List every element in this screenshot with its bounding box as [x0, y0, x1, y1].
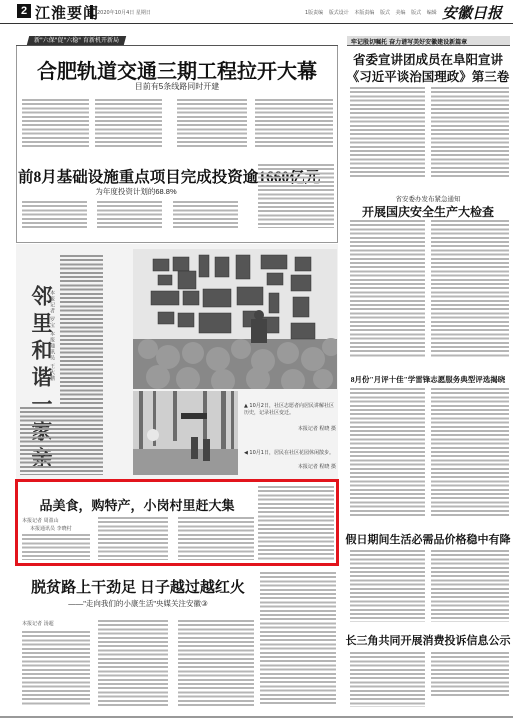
feature-text-column: [60, 255, 103, 405]
article-text-column: [350, 652, 425, 707]
headline-infrastructure: 前8月基础设施重点项目完成投资逾1660亿元: [18, 165, 254, 187]
headline-poverty: 脱贫路上干劲足 日子越过越红火: [20, 576, 256, 597]
article-text-column: [350, 220, 425, 357]
article-text-column: [98, 620, 168, 706]
page-number: 2: [17, 4, 31, 18]
photo1-credit: 本报记者 程晓 摄: [244, 426, 336, 433]
masthead: 2 江淮要闻 2020年10月4日 星期日 1版责编 版式设计 本版责编 版式 …: [0, 0, 513, 24]
article-text-column: [95, 99, 162, 149]
subheadline-poverty: ——"走向我们的小康生活"央媒关注安徽③: [20, 598, 256, 609]
park-photo-illustration: [133, 391, 238, 475]
article-text-column: [350, 388, 425, 516]
market-byline-1: 本报记者 周盈山: [22, 517, 59, 525]
article-text-column: [431, 652, 509, 697]
article-text-column: [350, 87, 425, 177]
article-text-column: [431, 388, 509, 516]
article-text-column: [97, 201, 162, 229]
headline-market[interactable]: 品美食，购特产，小岗村里赶大集: [22, 495, 252, 514]
headline-safety: 开展国庆安全生产大检查: [343, 203, 513, 220]
article-text-column: [258, 164, 334, 228]
headline-volunteer: 8月份"月评十佳"学雷锋志愿服务典型评选揭晓: [343, 374, 513, 385]
subheadline-infrastructure: 为年度投资计划的68.8%: [18, 186, 254, 197]
headline-prices: 假日期间生活必需品价格稳中有降: [343, 531, 513, 547]
article-text-column: [350, 550, 425, 622]
article-text-column: [98, 517, 168, 560]
subheadline-rail-transit: 目前有5条线路同时开建: [16, 81, 338, 92]
article-text-column: [22, 631, 90, 705]
exhibition-photo-illustration: [133, 249, 337, 389]
article-text-column: [178, 517, 254, 560]
article-text-column: [178, 620, 254, 706]
photo2-credit: 本报记者 程晓 摄: [244, 464, 336, 471]
right-section-tag: 牢记殷切嘱托 奋力谱写美好安徽建设新篇章: [351, 37, 467, 46]
article-text-column: [22, 99, 89, 149]
newspaper-logo: 安徽日报: [442, 2, 502, 23]
article-text-column: [173, 201, 238, 229]
article-text-column: [258, 486, 334, 560]
headline-lecture-line2: 《习近平谈治国理政》第三卷: [343, 67, 513, 85]
article-text-column: [431, 550, 509, 622]
headline-rail-transit: 合肥轨道交通三期工程拉开大幕: [16, 55, 338, 84]
tag-rule: [16, 45, 338, 46]
page-bottom-rule: [0, 716, 513, 718]
feature-vertical-byline: 本报记者 罗宝 本报通讯员 王大鹏: [49, 290, 56, 382]
article-text-column: [260, 572, 336, 706]
market-byline-2: 本报通讯员 李晓村: [30, 525, 72, 533]
article-text-column: [431, 87, 509, 177]
article-text-column: [22, 201, 87, 229]
photo2-caption: ◀ 10月1日，居民在社区花园休闲散步。: [244, 450, 336, 457]
headline-complaints: 长三角共同开展消费投诉信息公示: [343, 632, 513, 648]
article-text-column: [22, 534, 90, 560]
date-line: 2020年10月4日 星期日: [97, 9, 151, 16]
photo1-caption: ▲ 10月2日，社区志愿者向居民讲解社区历史，记录社区变迁。: [244, 403, 336, 417]
section-tag: 新"六保"促"六稳" 育新机开新局: [27, 36, 126, 45]
article-text-column: [177, 99, 247, 149]
poverty-byline: 本报记者 汤超: [22, 620, 54, 628]
feature-photo-exhibition: [133, 249, 337, 389]
article-text-column: [431, 220, 509, 357]
article-text-column: [255, 99, 333, 149]
headline-lecture-line1: 省委宣讲团成员在阜阳宣讲: [343, 50, 513, 68]
kicker-safety: 省安委办发布紧急通知: [343, 194, 513, 203]
feature-photo-park: [133, 391, 238, 475]
editor-credits: 1版责编 版式设计 本版责编 版式 美编 版式 编辑: [305, 9, 437, 16]
section-divider: [90, 5, 93, 19]
feature-text-column: [20, 407, 103, 475]
